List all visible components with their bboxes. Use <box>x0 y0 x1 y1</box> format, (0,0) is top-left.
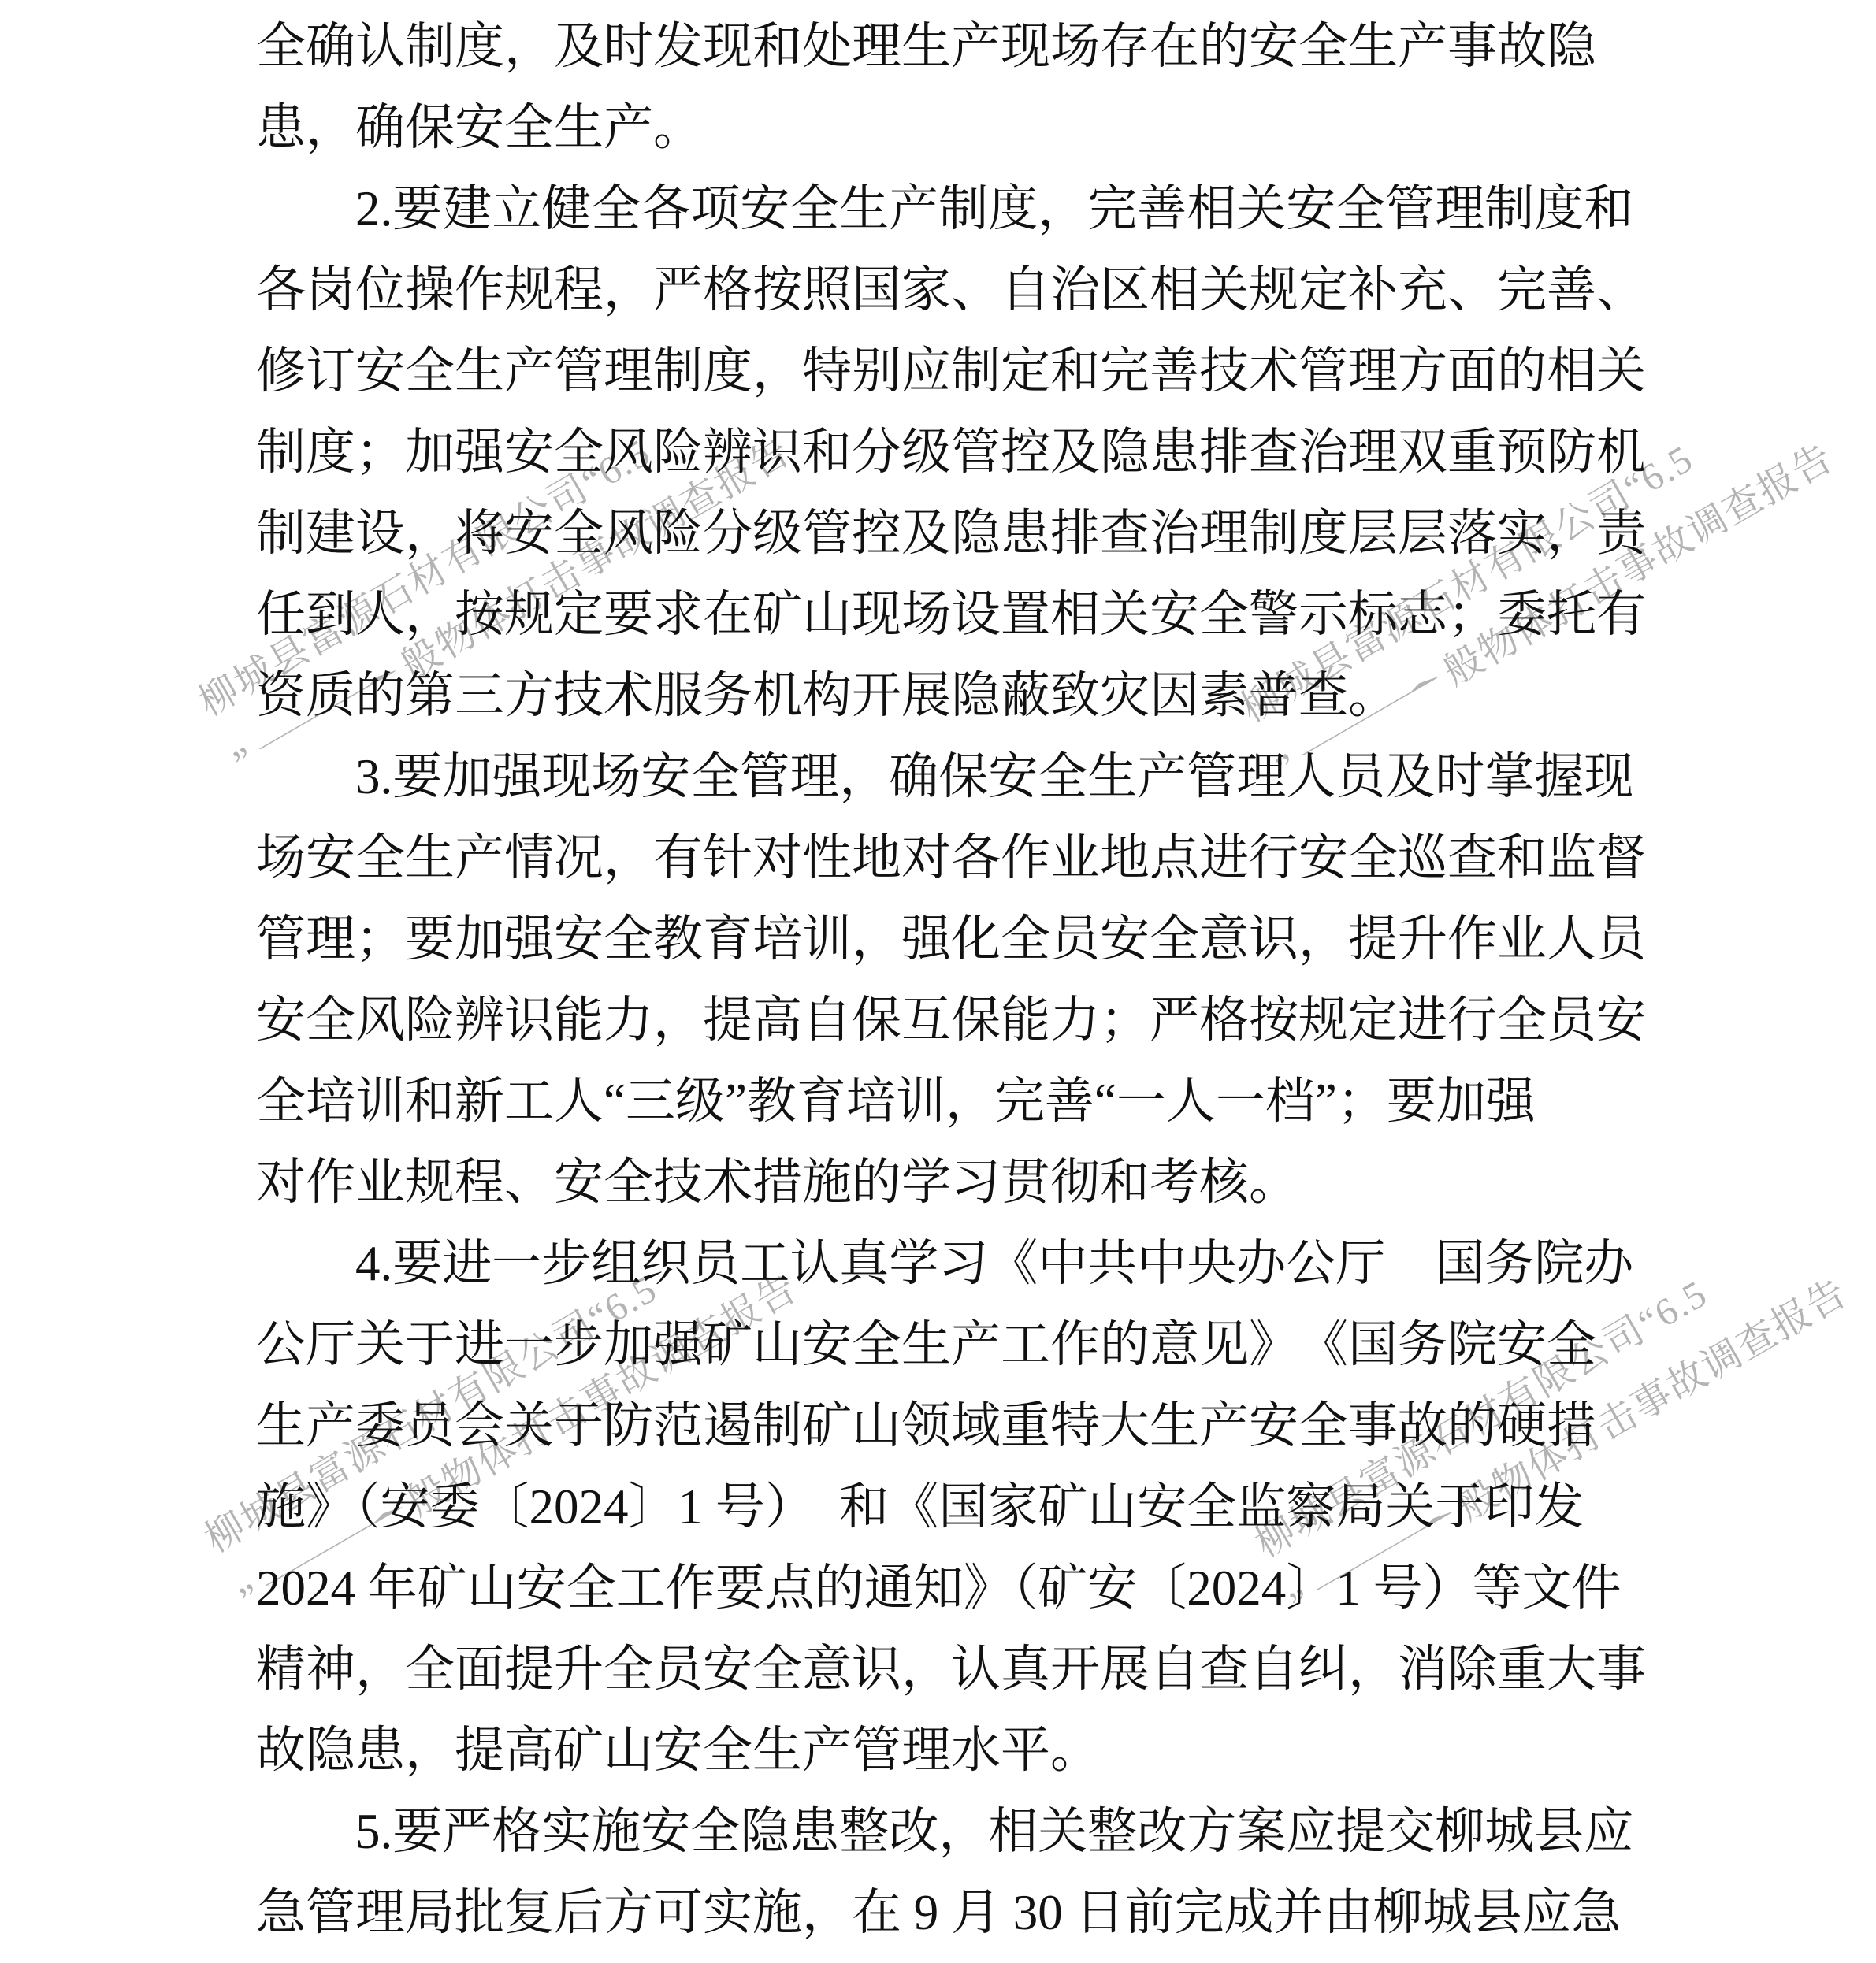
text-line-7: 制建设，将安全风险分级管控及隐患排查治理制度层层落实，责 <box>256 493 1648 574</box>
text-line-12: 管理；要加强安全教育培训，强化全员安全意识，提升作业人员 <box>256 899 1648 980</box>
text-line-14: 全培训和新工人“三级”教育培训，完善“一人一档”；要加强 <box>256 1061 1648 1142</box>
text-line-20: 2024 年矿山安全工作要点的通知》（矿安〔2024〕1 号）等文件 <box>256 1548 1648 1629</box>
text-line-21: 精神，全面提升全员安全意识，认真开展自查自纠，消除重大事 <box>256 1629 1648 1710</box>
text-line-8: 任到人，按规定要求在矿山现场设置相关安全警示标志；委托有 <box>256 574 1648 655</box>
text-line-13: 安全风险辨识能力，提高自保互保能力；严格按规定进行全员安 <box>256 980 1648 1061</box>
text-line-15: 对作业规程、安全技术措施的学习贯彻和考核。 <box>256 1142 1648 1223</box>
text-line-2: 患，确保安全生产。 <box>256 87 1648 169</box>
text-line-11: 场安全生产情况，有针对性地对各作业地点进行安全巡查和监督 <box>256 818 1648 899</box>
text-line-16: 4.要进一步组织员工认真学习《中共中央办公厅 国务院办 <box>256 1223 1648 1304</box>
text-line-24: 急管理局批复后方可实施，在 9 月 30 日前完成并由柳城县应急 <box>256 1872 1648 1954</box>
text-line-19: 施》（安委〔2024〕1 号） 和《国家矿山安全监察局关于印发 <box>256 1467 1648 1548</box>
text-line-18: 生产委员会关于防范遏制矿山领域重特大生产安全事故的硬措 <box>256 1386 1648 1467</box>
text-line-3: 2.要建立健全各项安全生产制度，完善相关安全管理制度和 <box>256 169 1648 250</box>
text-line-1: 全确认制度，及时发现和处理生产现场存在的安全生产事故隐 <box>256 6 1648 87</box>
text-line-10: 3.要加强现场安全管理，确保安全生产管理人员及时掌握现 <box>256 737 1648 818</box>
text-line-5: 修订安全生产管理制度，特别应制定和完善技术管理方面的相关 <box>256 331 1648 412</box>
text-line-6: 制度；加强安全风险辨识和分级管控及隐患排查治理双重预防机 <box>256 412 1648 493</box>
document-text: 全确认制度，及时发现和处理生产现场存在的安全生产事故隐 患，确保安全生产。 2.… <box>256 6 1648 1954</box>
text-line-9: 资质的第三方技术服务机构开展隐蔽致灾因素普查。 <box>256 655 1648 737</box>
document-page: 柳城县富源石材有限公司“6.5 ”一般物体打击事故调查报告 柳城县富源石材有限公… <box>0 0 1876 1963</box>
text-line-22: 故隐患，提高矿山安全生产管理水平。 <box>256 1710 1648 1791</box>
text-line-23: 5.要严格实施安全隐患整改，相关整改方案应提交柳城县应 <box>256 1791 1648 1872</box>
text-line-17: 公厅关于进一步加强矿山安全生产工作的意见》 《国务院安全 <box>256 1304 1648 1386</box>
text-line-4: 各岗位操作规程，严格按照国家、自治区相关规定补充、完善、 <box>256 250 1648 331</box>
